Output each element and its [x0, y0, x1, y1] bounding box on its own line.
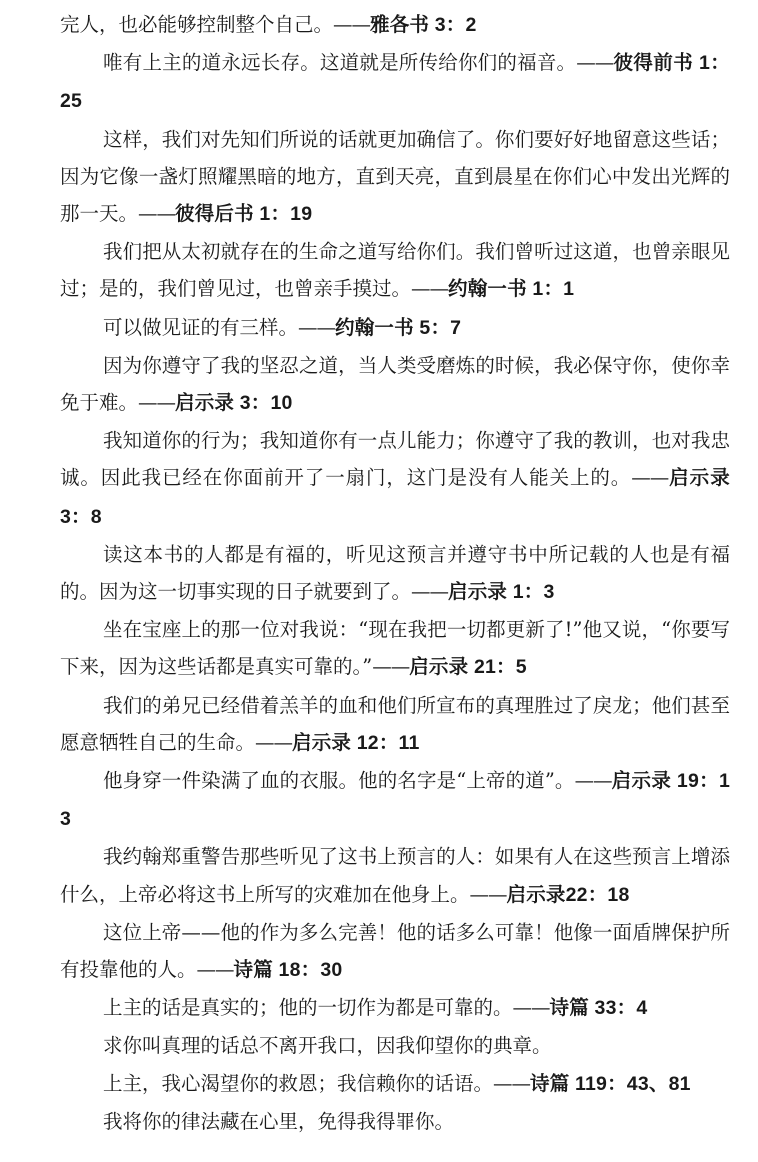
dash: —— — [333, 13, 370, 36]
dash: —— — [513, 996, 550, 1019]
verse-text: 我们把从太初就存在的生命之道写给你们。我们曾听过这道，也曾亲眼见过；是的，我们曾… — [60, 240, 730, 300]
paragraph-0: 完人，也必能够控制整个自己。——雅各书 3：2 — [60, 6, 730, 44]
paragraph-4: 可以做见证的有三样。——约翰一书 5：7 — [60, 309, 730, 347]
paragraph-8: 坐在宝座上的那一位对我说：“现在我把一切都更新了!”他又说，“你要写下来，因为这… — [60, 611, 730, 686]
verse-reference: 诗篇 18：30 — [234, 959, 343, 981]
verse-text: 唯有上主的道永远长存。这道就是所传给你们的福音。 — [103, 51, 576, 74]
dash: —— — [372, 655, 409, 678]
paragraph-11: 我约翰郑重警告那些听见了这书上预言的人：如果有人在这些预言上增添什么，上帝必将这… — [60, 838, 730, 913]
paragraph-13: 上主的话是真实的；他的一切作为都是可靠的。——诗篇 33：4 — [60, 989, 730, 1027]
dash: —— — [138, 391, 175, 414]
verse-text: 他身穿一件染满了血的衣服。他的名字是“上帝的道”。 — [103, 769, 575, 792]
verse-reference: 诗篇 33：4 — [550, 997, 648, 1019]
verse-reference: 启示录 1：3 — [448, 581, 555, 603]
dash: —— — [197, 958, 234, 981]
verse-reference: 诗篇 119：43、81 — [530, 1073, 691, 1095]
dash: —— — [298, 316, 335, 339]
verse-reference: 启示录 3：10 — [175, 392, 293, 414]
dash: —— — [411, 277, 448, 300]
paragraph-9: 我们的弟兄已经借着羔羊的血和他们所宣布的真理胜过了戾龙；他们甚至愿意牺牲自己的生… — [60, 687, 730, 762]
dash: —— — [493, 1072, 530, 1095]
dash: —— — [255, 731, 292, 754]
verse-text: 读这本书的人都是有福的，听见这预言并遵守书中所记载的人也是有福的。因为这一切事实… — [60, 543, 730, 603]
verse-text: 上主的话是真实的；他的一切作为都是可靠的。 — [103, 996, 513, 1019]
document-page: 完人，也必能够控制整个自己。——雅各书 3：2 唯有上主的道永远长存。这道就是所… — [60, 6, 730, 1140]
verse-text: 上主，我心渴望你的救恩；我信赖你的话语。 — [103, 1072, 493, 1095]
paragraph-3: 我们把从太初就存在的生命之道写给你们。我们曾听过这道，也曾亲眼见过；是的，我们曾… — [60, 233, 730, 308]
verse-reference: 约翰一书 5：7 — [335, 317, 461, 339]
verse-reference: 启示录 12：11 — [292, 732, 420, 754]
paragraph-15: 上主，我心渴望你的救恩；我信赖你的话语。——诗篇 119：43、81 — [60, 1065, 730, 1103]
paragraph-14: 求你叫真理的话总不离开我口，因我仰望你的典章。 — [60, 1027, 730, 1064]
verse-reference: 启示录22：18 — [507, 884, 630, 906]
paragraph-16: 我将你的律法藏在心里，免得我得罪你。 — [60, 1103, 730, 1140]
verse-text: 可以做见证的有三样。 — [103, 316, 298, 339]
dash: —— — [138, 202, 175, 225]
verse-reference: 彼得后书 1：19 — [175, 203, 312, 225]
verse-reference: 雅各书 3：2 — [370, 14, 477, 36]
verse-text: 完人，也必能够控制整个自己。 — [60, 13, 333, 36]
dash: —— — [470, 883, 507, 906]
paragraph-2: 这样，我们对先知们所说的话就更加确信了。你们要好好地留意这些话；因为它像一盏灯照… — [60, 121, 730, 234]
verse-text: 我将你的律法藏在心里，免得我得罪你。 — [103, 1110, 454, 1133]
verse-reference: 启示录 21：5 — [409, 656, 527, 678]
verse-reference: 约翰一书 1：1 — [448, 278, 574, 300]
verse-text: 这位上帝——他的作为多么完善！他的话多么可靠！他像一面盾牌保护所有投靠他的人。 — [60, 921, 730, 981]
dash: —— — [576, 51, 613, 74]
paragraph-7: 读这本书的人都是有福的，听见这预言并遵守书中所记载的人也是有福的。因为这一切事实… — [60, 536, 730, 611]
dash: —— — [411, 580, 448, 603]
verse-text: 求你叫真理的话总不离开我口，因我仰望你的典章。 — [103, 1034, 552, 1057]
verse-text: 我知道你的行为；我知道你有一点儿能力；你遵守了我的教训，也对我忠诚。因此我已经在… — [60, 429, 730, 489]
paragraph-10: 他身穿一件染满了血的衣服。他的名字是“上帝的道”。——启示录 19：13 — [60, 762, 730, 838]
paragraph-1: 唯有上主的道永远长存。这道就是所传给你们的福音。——彼得前书 1：25 — [60, 44, 730, 120]
dash: —— — [631, 466, 668, 489]
paragraph-5: 因为你遵守了我的坚忍之道，当人类受磨炼的时候，我必保守你，使你幸免于难。——启示… — [60, 347, 730, 422]
paragraph-6: 我知道你的行为；我知道你有一点儿能力；你遵守了我的教训，也对我忠诚。因此我已经在… — [60, 422, 730, 536]
dash: —— — [575, 769, 612, 792]
paragraph-12: 这位上帝——他的作为多么完善！他的话多么可靠！他像一面盾牌保护所有投靠他的人。—… — [60, 914, 730, 989]
